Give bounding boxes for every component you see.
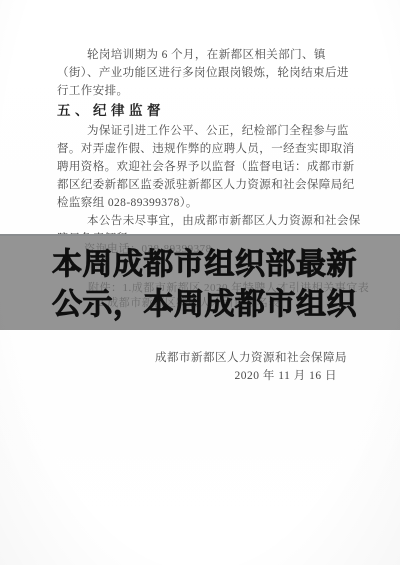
headline-line-2: 公示，本周成都市组织 [52,285,357,325]
signature-date: 2020 年 11 月 16 日 [235,367,337,383]
document-photo: 轮岗培训期为 6 个月，在新都区相关部门、镇 （街）、产业功能区进行多岗位跟岗锻… [0,0,400,565]
body-line: 检监察组 028-89399378）。 [57,194,347,212]
body-line: 本公告未尽事宜，由成都市新都区人力资源和社会保 [57,212,347,230]
headline-text: 本周成都市组织部最新 公示，本周成都市组织 [52,245,357,325]
body-line: 轮岗培训期为 6 个月，在新都区相关部门、镇 [57,46,347,64]
body-line: 为保证引进工作公平、公正，纪检部门全程参与监 [57,122,347,140]
body-line: 聘用资格。欢迎社会各界予以监督（监督电话：成都市新 [57,158,347,176]
body-line: 行工作安排。 [57,82,347,100]
headline-banner: 咨询电话：028-89399378 附件：1.成都市新都区 2020 年特聘人才… [0,234,400,330]
body-line: 都区纪委新都区监委派驻新都区人力资源和社会保障局纪 [57,176,347,194]
signature-organization: 成都市新都区人力资源和社会保障局 [155,349,347,365]
headline-line-1: 本周成都市组织部最新 [52,245,357,285]
body-line: （街）、产业功能区进行多岗位跟岗锻炼，轮岗结束后进 [57,64,347,82]
body-line: 督。对弄虚作假、违规作弊的应聘人员，一经查实即取消 [57,140,347,158]
section-heading: 五、纪律监督 [57,100,347,122]
document-text-block: 轮岗培训期为 6 个月，在新都区相关部门、镇 （街）、产业功能区进行多岗位跟岗锻… [57,46,347,248]
